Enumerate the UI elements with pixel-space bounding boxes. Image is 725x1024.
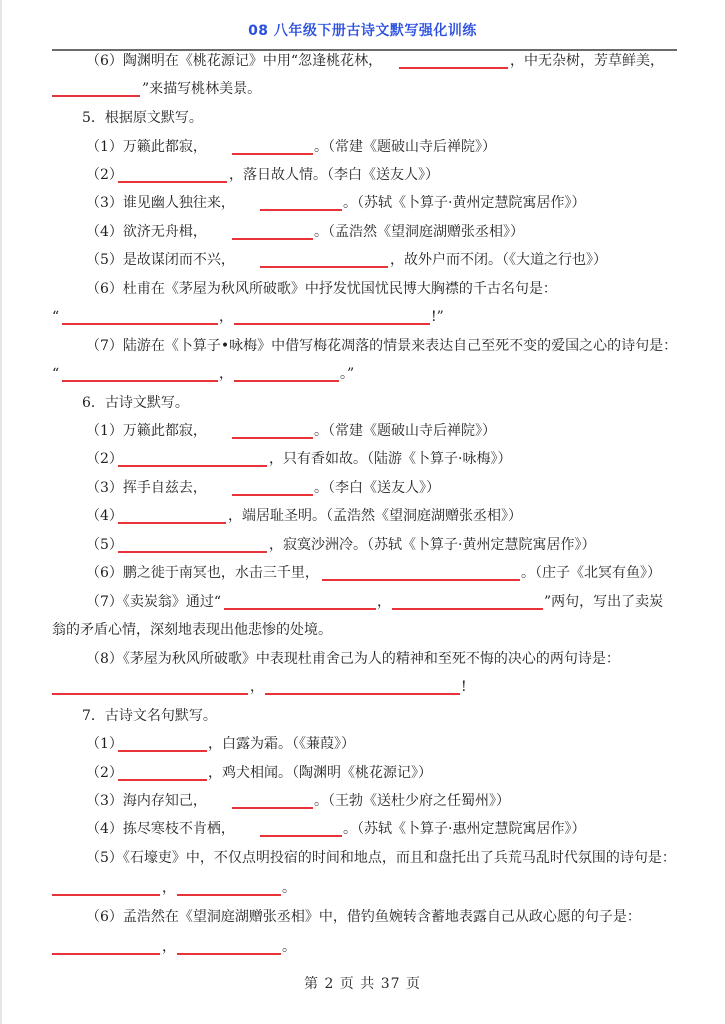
fill-in-blank[interactable] (118, 779, 207, 781)
text-line: “，。” (0, 363, 725, 385)
fill-in-blank[interactable] (224, 608, 376, 610)
text-segment: 。（李白《送友人》） (314, 477, 440, 499)
text-line: ，! (0, 676, 725, 698)
text-segment: （2） (86, 762, 123, 784)
text-segment: （4）拣尽寒枝不肯栖， (86, 818, 235, 840)
fill-in-blank[interactable] (177, 953, 281, 955)
text-line: （5）是故谋闭而不兴，，故外户而不闭。（《大道之行也》） (0, 249, 725, 271)
text-line: （3）谁见幽人独往来，。（苏轼《卜算子·黄州定慧院寓居作》） (0, 192, 725, 214)
text-line: （5），寂寞沙洲冷。（苏轼《卜算子·黄州定慧院寓居作》） (0, 534, 725, 556)
text-segment: 。 (282, 877, 296, 899)
text-segment: （3）挥手自兹去， (86, 477, 207, 499)
text-line: （3）挥手自兹去，。（李白《送友人》） (0, 477, 725, 499)
text-segment: ， (162, 936, 176, 958)
text-line: （7）陆游在《卜算子•咏梅》中借写梅花凋落的情景来表达自己至死不变的爱国之心的诗… (0, 335, 725, 357)
text-segment: 。（常建《题破山寺后禅院》） (314, 136, 496, 158)
text-segment: ! (461, 676, 467, 698)
text-line: （4）欲济无舟楫，。（孟浩然《望洞庭湖赠张丞相》） (0, 221, 725, 243)
text-segment: 。（庄子《北冥有鱼》） (521, 562, 661, 584)
fill-in-blank[interactable] (260, 209, 342, 211)
fill-in-blank[interactable] (118, 551, 267, 553)
text-segment: ， (219, 363, 233, 385)
text-line: （3）海内存知己，。（王勃《送杜少府之任蜀州》） (0, 790, 725, 812)
text-line: 6．古诗文默写。 (0, 392, 725, 414)
text-segment: （4）欲济无舟楫， (86, 221, 207, 243)
text-segment: 。（王勃《送杜少府之任蜀州》） (314, 790, 510, 812)
fill-in-blank[interactable] (118, 750, 207, 752)
text-segment: （3）海内存知己， (86, 790, 207, 812)
fill-in-blank[interactable] (392, 608, 543, 610)
text-segment: “ (52, 363, 59, 385)
fill-in-blank[interactable] (118, 522, 226, 524)
text-line: （7）《卖炭翁》通过“，”两句，写出了卖炭 (0, 591, 725, 613)
text-segment: ，寂寞沙洲冷。（苏轼《卜算子·黄州定慧院寓居作》） (269, 534, 595, 556)
text-segment: ，白露为霜。（《蒹葭》） (208, 733, 355, 755)
fill-in-blank[interactable] (322, 579, 520, 581)
fill-in-blank[interactable] (232, 437, 313, 439)
text-line: （1）万籁此都寂，。（常建《题破山寺后禅院》） (0, 136, 725, 158)
text-line: ，。 (0, 877, 725, 899)
fill-in-blank[interactable] (260, 266, 388, 268)
text-segment: （3）谁见幽人独往来， (86, 192, 235, 214)
text-segment: （2） (86, 164, 123, 186)
text-line: 翁的矛盾心情，深刻地表现出他悲惨的处境。 (0, 619, 725, 641)
fill-in-blank[interactable] (232, 238, 313, 240)
text-segment: （7）《卖炭翁》通过“ (86, 591, 221, 613)
text-line: （6）孟浩然在《望洞庭湖赠张丞相》中，借钓鱼婉转含蓄地表露自己从政心愿的句子是： (0, 906, 725, 928)
text-segment: （2） (86, 448, 123, 470)
fill-in-blank[interactable] (232, 153, 313, 155)
text-line: （6）杜甫在《茅屋为秋风所破歌》中抒发忧国忧民博大胸襟的千古名句是： (0, 278, 725, 300)
text-segment: ，只有香如故。（陆游《卜算子·咏梅》） (269, 448, 511, 470)
fill-in-blank[interactable] (52, 953, 160, 955)
text-segment: （5） (86, 534, 123, 556)
text-segment: （7）陆游在《卜算子•咏梅》中借写梅花凋落的情景来表达自己至死不变的爱国之心的诗… (86, 335, 677, 357)
text-segment: （1） (86, 733, 123, 755)
text-line: ，。 (0, 936, 725, 958)
text-segment: （1）万籁此都寂， (86, 420, 207, 442)
text-segment: 。” (340, 363, 354, 385)
text-line: （4），端居耻圣明。（孟浩然《望洞庭湖赠张丞相》） (0, 505, 725, 527)
text-segment: ， (162, 877, 176, 899)
text-segment: （1）万籁此都寂， (86, 136, 207, 158)
text-segment: ”来描写桃林美景。 (142, 78, 261, 100)
text-segment: ， (377, 591, 391, 613)
text-segment: （6）孟浩然在《望洞庭湖赠张丞相》中，借钓鱼婉转含蓄地表露自己从政心愿的句子是： (86, 906, 641, 928)
text-segment: （6）陶渊明在《桃花源记》中用“忽逢桃花林， (86, 50, 382, 72)
text-segment: 翁的矛盾心情，深刻地表现出他悲惨的处境。 (52, 619, 332, 641)
text-line: （4）拣尽寒枝不肯栖，。（苏轼《卜算子·惠州定慧院寓居作》） (0, 818, 725, 840)
fill-in-blank[interactable] (52, 95, 140, 97)
text-segment: 6．古诗文默写。 (82, 392, 189, 414)
text-line: （1），白露为霜。（《蒹葭》） (0, 733, 725, 755)
text-segment: ”两句，写出了卖炭 (544, 591, 663, 613)
text-line: （6）陶渊明在《桃花源记》中用“忽逢桃花林，，中无杂树，芳草鲜美， (0, 50, 725, 72)
text-line: “，!” (0, 306, 725, 328)
text-segment: ， (219, 306, 233, 328)
text-segment: 。 (282, 936, 296, 958)
text-segment: （6）杜甫在《茅屋为秋风所破歌》中抒发忧国忧民博大胸襟的千古名句是： (86, 278, 557, 300)
text-line: （2），鸡犬相闻。（陶渊明《桃花源记》） (0, 762, 725, 784)
text-segment: （5）是故谋闭而不兴， (86, 249, 235, 271)
text-segment: 5．根据原文默写。 (82, 107, 203, 129)
text-line: （8）《茅屋为秋风所破歌》中表现杜甫舍己为人的精神和至死不悔的决心的两句诗是： (0, 648, 725, 670)
fill-in-blank[interactable] (399, 67, 508, 69)
text-line: （5）《石壕吏》中，不仅点明投宿的时间和地点，而且和盘托出了兵荒马乱时代氛围的诗… (0, 847, 725, 869)
text-line: （1）万籁此都寂，。（常建《题破山寺后禅院》） (0, 420, 725, 442)
fill-in-blank[interactable] (118, 181, 227, 183)
fill-in-blank[interactable] (232, 807, 313, 809)
text-segment: ，落日故人情。（李白《送友人》） (229, 164, 439, 186)
fill-in-blank[interactable] (265, 693, 460, 695)
text-segment: ，故外户而不闭。（《大道之行也》） (390, 249, 607, 271)
text-line: （2），只有香如故。（陆游《卜算子·咏梅》） (0, 448, 725, 470)
text-line: ”来描写桃林美景。 (0, 78, 725, 100)
fill-in-blank[interactable] (52, 894, 160, 896)
text-segment: 。（孟浩然《望洞庭湖赠张丞相》） (314, 221, 524, 243)
text-segment: 。（苏轼《卜算子·惠州定慧院寓居作》） (343, 818, 585, 840)
text-segment: ，端居耻圣明。（孟浩然《望洞庭湖赠张丞相》） (228, 505, 522, 527)
text-segment: （4） (86, 505, 123, 527)
text-segment: ， (250, 676, 264, 698)
text-segment: “ (52, 306, 59, 328)
text-segment: ，鸡犬相闻。（陶渊明《桃花源记》） (208, 762, 432, 784)
fill-in-blank[interactable] (177, 894, 281, 896)
text-segment: ，中无杂树，芳草鲜美， (510, 50, 664, 72)
text-segment: 7．古诗文名句默写。 (82, 705, 217, 727)
fill-in-blank[interactable] (62, 380, 218, 382)
fill-in-blank[interactable] (260, 835, 342, 837)
page-footer: 第 2 页 共 37 页 (0, 973, 725, 993)
text-segment: （8）《茅屋为秋风所破歌》中表现杜甫舍己为人的精神和至死不悔的决心的两句诗是： (86, 648, 620, 670)
text-segment: !” (431, 306, 444, 328)
text-segment: 。（常建《题破山寺后禅院》） (314, 420, 496, 442)
text-line: （6）鹏之徙于南冥也，水击三千里，。（庄子《北冥有鱼》） (0, 562, 725, 584)
text-line: 5．根据原文默写。 (0, 107, 725, 129)
text-segment: （6）鹏之徙于南冥也，水击三千里， (86, 562, 319, 584)
text-segment: （5）《石壕吏》中，不仅点明投宿的时间和地点，而且和盘托出了兵荒马乱时代氛围的诗… (86, 847, 676, 869)
text-line: 7．古诗文名句默写。 (0, 705, 725, 727)
fill-in-blank[interactable] (62, 323, 218, 325)
document-header-title: 08 八年级下册古诗文默写强化训练 (0, 20, 725, 40)
fill-in-blank[interactable] (118, 465, 267, 467)
text-segment: 。（苏轼《卜算子·黄州定慧院寓居作》） (343, 192, 585, 214)
text-line: （2），落日故人情。（李白《送友人》） (0, 164, 725, 186)
fill-in-blank[interactable] (234, 380, 339, 382)
fill-in-blank[interactable] (234, 323, 430, 325)
fill-in-blank[interactable] (52, 693, 248, 695)
fill-in-blank[interactable] (232, 494, 313, 496)
